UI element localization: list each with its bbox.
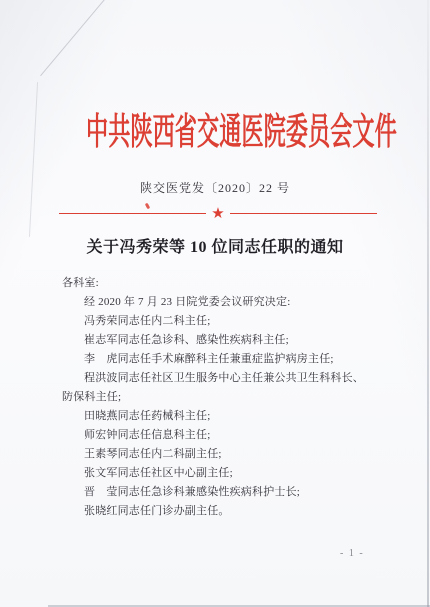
appointment-line: 程洪波同志任社区卫生服务中心主任兼公共卫生科科长、防保科主任; xyxy=(62,369,374,407)
appointment-line: 张文军同志任社区中心副主任; xyxy=(62,464,374,483)
document-page: 中共陕西省交通医院委员会文件 陕交医党发〔2020〕22 号 ★ 关于冯秀荣等 … xyxy=(0,0,430,607)
intro-paragraph: 经 2020 年 7 月 23 日院党委会议研究决定: xyxy=(62,293,374,312)
appointment-line: 田晓燕同志任药械科主任; xyxy=(62,407,374,426)
appointment-line: 崔志军同志任急诊科、感染性疾病科主任; xyxy=(62,331,374,350)
document-title: 关于冯秀荣等 10 位同志任职的通知 xyxy=(0,238,430,258)
red-divider: ★ xyxy=(59,206,377,221)
star-icon: ★ xyxy=(211,206,224,221)
appointment-line: 师宏钟同志任信息科主任; xyxy=(62,426,374,445)
divider-line-left xyxy=(59,213,206,215)
scan-crease xyxy=(29,82,38,237)
appointment-line: 李 虎同志任手术麻醉科主任兼重症监护病房主任; xyxy=(62,350,374,369)
salutation: 各科室: xyxy=(62,274,374,293)
appointment-line: 冯秀荣同志任内二科主任; xyxy=(62,312,374,331)
scan-crease xyxy=(40,0,113,76)
divider-line-right xyxy=(230,213,377,215)
appointment-line: 张晓红同志任门诊办副主任。 xyxy=(62,502,374,521)
scan-paper-edge xyxy=(427,0,429,607)
document-number: 陕交医党发〔2020〕22 号 xyxy=(0,181,430,196)
document-body: 各科室: 经 2020 年 7 月 23 日院党委会议研究决定: 冯秀荣同志任内… xyxy=(62,274,374,521)
page-number: - 1 - xyxy=(340,548,364,559)
appointment-list: 冯秀荣同志任内二科主任;崔志军同志任急诊科、感染性疾病科主任;李 虎同志任手术麻… xyxy=(62,312,374,521)
document-masthead: 中共陕西省交通医院委员会文件 xyxy=(86,111,344,155)
appointment-line: 王素琴同志任内二科副主任; xyxy=(62,445,374,464)
appointment-line: 晋 莹同志任急诊科兼感染性疾病科护士长; xyxy=(62,483,374,502)
